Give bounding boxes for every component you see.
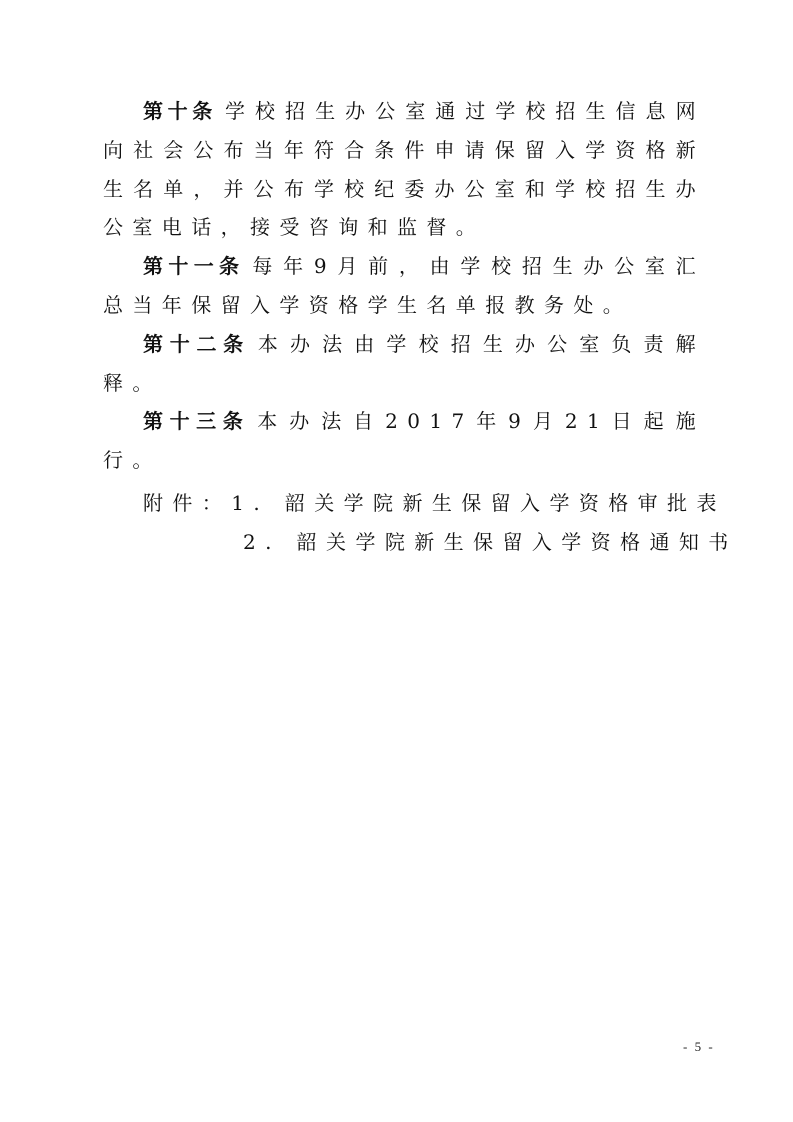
attachments-section: 附件：1. 韶关学院新生保留入学资格审批表 2. 韶关学院新生保留入学资格通知书: [103, 484, 705, 562]
article-12: 第十二条本办法由学校招生办公室负责解释。: [103, 325, 705, 403]
page-number: - 5 -: [683, 1039, 715, 1055]
article-11: 第十一条每年9月前，由学校招生办公室汇总当年保留入学资格学生名单报教务处。: [103, 247, 705, 325]
article-heading: 第十条: [143, 99, 217, 123]
article-heading: 第十一条: [143, 254, 244, 278]
attachment-row-2: 2. 韶关学院新生保留入学资格通知书: [103, 523, 705, 562]
article-10: 第十条学校招生办公室通过学校招生信息网向社会公布当年符合条件申请保留入学资格新生…: [103, 92, 705, 247]
attachments-label: 附件：: [103, 491, 231, 515]
attachment-item: 2. 韶关学院新生保留入学资格通知书: [243, 530, 738, 554]
article-heading: 第十三条: [143, 409, 249, 433]
article-heading: 第十二条: [143, 332, 250, 356]
attachment-item: 1. 韶关学院新生保留入学资格审批表: [231, 491, 726, 515]
document-body: 第十条学校招生办公室通过学校招生信息网向社会公布当年符合条件申请保留入学资格新生…: [103, 92, 705, 562]
article-13: 第十三条本办法自2017年9月21日起施行。: [103, 402, 705, 480]
attachment-row-1: 附件：1. 韶关学院新生保留入学资格审批表: [103, 484, 705, 523]
